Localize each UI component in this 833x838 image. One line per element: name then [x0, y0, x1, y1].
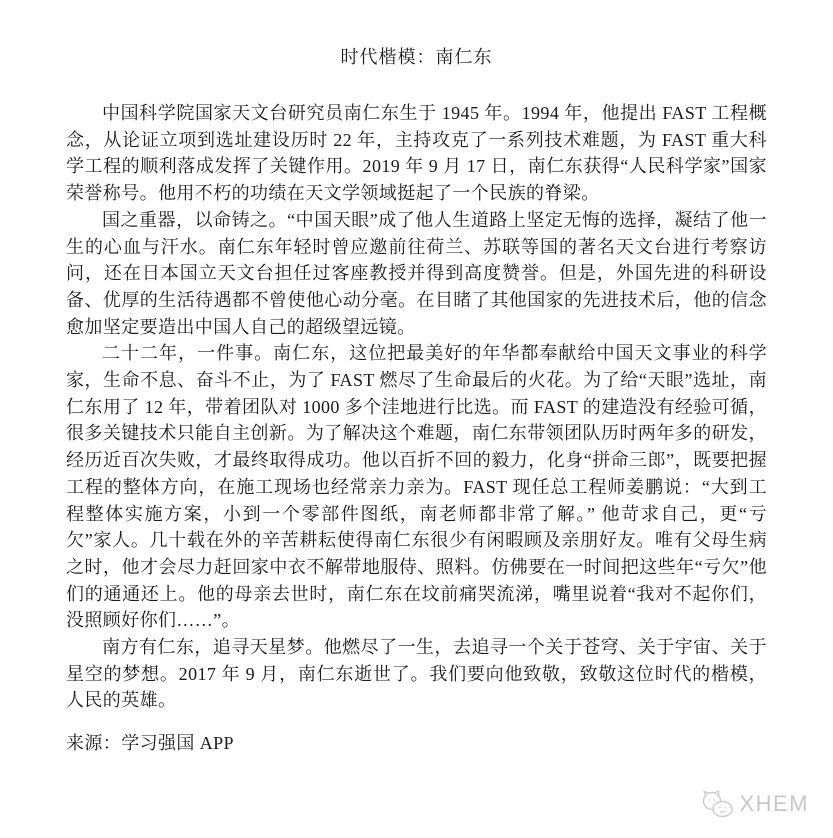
source-line: 来源：学习强国 APP: [66, 730, 767, 757]
paragraph-2: 国之重器，以命铸之。“中国天眼”成了他人生道路上坚定无悔的选择，凝结了他一生的心…: [66, 207, 767, 341]
page-title: 时代楷模：南仁东: [66, 44, 767, 71]
paragraph-4: 南方有仁东，追寻天星梦。他燃尽了一生，去追寻一个关于苍穹、关于宇宙、关于星空的梦…: [66, 634, 767, 714]
watermark: XHEM: [700, 790, 809, 818]
watermark-text: XHEM: [739, 791, 809, 817]
document-content: 时代楷模：南仁东 中国科学院国家天文台研究员南仁东生于 1945 年。1994 …: [66, 44, 767, 757]
document-page: 时代楷模：南仁东 中国科学院国家天文台研究员南仁东生于 1945 年。1994 …: [0, 0, 833, 838]
paragraph-3: 二十二年，一件事。南仁东，这位把最美好的年华都奉献给中国天文事业的科学家，生命不…: [66, 340, 767, 634]
xhem-logo-icon: [700, 790, 734, 818]
paragraph-1: 中国科学院国家天文台研究员南仁东生于 1945 年。1994 年，他提出 FAS…: [66, 100, 767, 207]
